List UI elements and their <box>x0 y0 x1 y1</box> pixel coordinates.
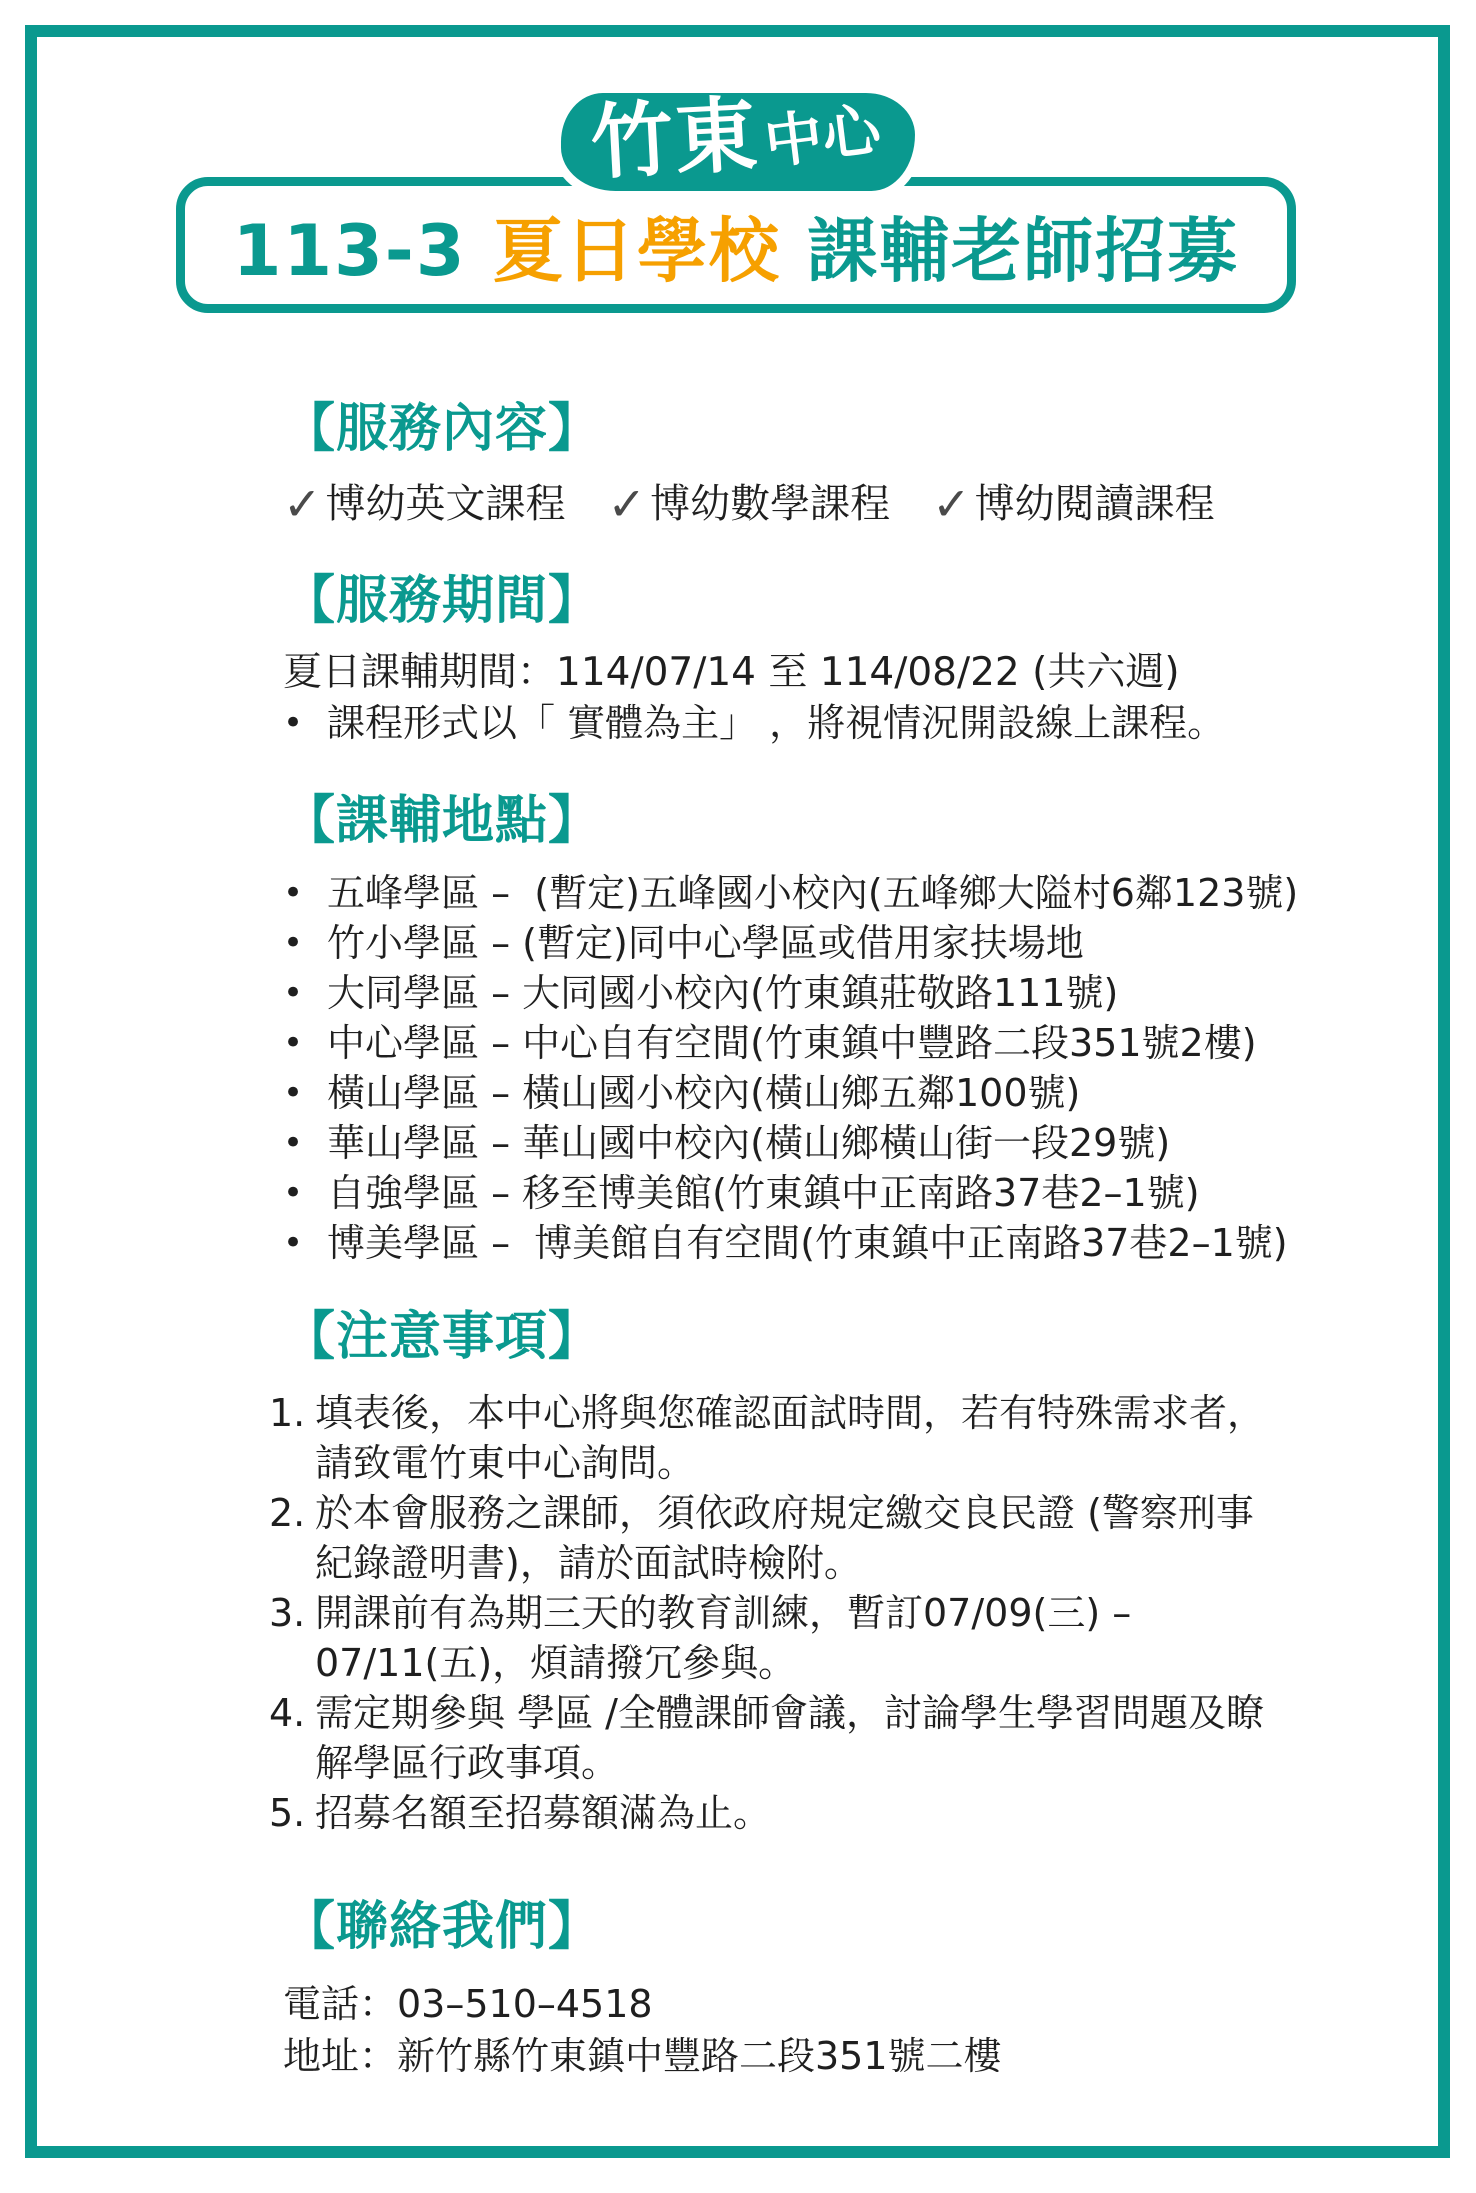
note-item: 3. 開課前有為期三天的教育訓練，暫訂07/09(三) – 07/11(五)，煩… <box>269 1588 1295 1688</box>
bullet-icon: • <box>283 868 327 918</box>
note-text: 招募名額至招募額滿為止。 <box>315 1788 1273 1838</box>
section-period: 【服務期間】 夏日課輔期間：114/07/14 至 114/08/22 (共六週… <box>283 572 1295 748</box>
center-badge: 竹東 中心 <box>552 84 924 200</box>
period-note-text: 課程形式以「 實體為主」 ，將視情況開設線上課程。 <box>327 698 1225 748</box>
note-item: 4. 需定期參與 學區 /全體課師會議，討論學生學習問題及瞭解學區行政事項。 <box>269 1688 1295 1788</box>
bullet-icon: • <box>283 1018 327 1068</box>
note-number: 2. <box>269 1488 315 1588</box>
location-item: •博美學區 – 博美館自有空間(竹東鎮中正南路37巷2–1號) <box>283 1218 1295 1268</box>
note-number: 5. <box>269 1788 315 1838</box>
note-item: 5. 招募名額至招募額滿為止。 <box>269 1788 1295 1838</box>
service-item-label: 博幼數學課程 <box>650 480 890 528</box>
location-item: •橫山學區 – 橫山國小校內(橫山鄉五鄰100號) <box>283 1068 1295 1118</box>
bullet-icon: • <box>283 1118 327 1168</box>
note-text: 開課前有為期三天的教育訓練，暫訂07/09(三) – 07/11(五)，煩請撥冗… <box>315 1588 1273 1688</box>
title-rest: 課輔老師招募 <box>781 210 1239 292</box>
section-locations: 【課輔地點】 •五峰學區 – (暫定)五峰國小校內(五峰鄉大隘村6鄰123號) … <box>283 792 1295 1268</box>
location-item: •五峰學區 – (暫定)五峰國小校內(五峰鄉大隘村6鄰123號) <box>283 868 1295 918</box>
period-dates: 夏日課輔期間：114/07/14 至 114/08/22 (共六週) <box>283 648 1295 698</box>
location-item-text: 中心學區 – 中心自有空間(竹東鎮中豐路二段351號2樓) <box>327 1018 1257 1068</box>
service-item: ✓ 博幼閱讀課程 <box>932 480 1215 528</box>
bullet-icon: • <box>283 1218 327 1268</box>
badge-main-text: 竹東 <box>589 95 761 186</box>
note-number: 3. <box>269 1588 315 1688</box>
note-text: 填表後，本中心將與您確認面試時間，若有特殊需求者，請致電竹東中心詢問。 <box>315 1388 1273 1488</box>
section-contact-heading: 【聯絡我們】 <box>283 1898 1295 1956</box>
bullet-icon: • <box>283 698 327 748</box>
service-item: ✓ 博幼英文課程 <box>283 480 566 528</box>
bullet-icon: • <box>283 1068 327 1118</box>
title-code: 113-3 <box>233 210 493 292</box>
location-item-text: 竹小學區 – (暫定)同中心學區或借用家扶場地 <box>327 918 1084 968</box>
service-item-label: 博幼閱讀課程 <box>975 480 1215 528</box>
location-item-text: 橫山學區 – 橫山國小校內(橫山鄉五鄰100號) <box>327 1068 1080 1118</box>
note-number: 4. <box>269 1688 315 1788</box>
notes-list: 1. 填表後，本中心將與您確認面試時間，若有特殊需求者，請致電竹東中心詢問。 2… <box>269 1388 1295 1838</box>
note-item: 1. 填表後，本中心將與您確認面試時間，若有特殊需求者，請致電竹東中心詢問。 <box>269 1388 1295 1488</box>
bullet-icon: • <box>283 1168 327 1218</box>
bullet-icon: • <box>283 968 327 1018</box>
note-text: 於本會服務之課師，須依政府規定繳交良民證 (警察刑事紀錄證明書)，請於面試時檢附… <box>315 1488 1273 1588</box>
section-locations-heading: 【課輔地點】 <box>283 792 1295 850</box>
note-text: 需定期參與 學區 /全體課師會議，討論學生學習問題及瞭解學區行政事項。 <box>315 1688 1273 1788</box>
section-service: 【服務內容】 ✓ 博幼英文課程 ✓ 博幼數學課程 ✓ 博幼閱讀課程 <box>283 400 1295 528</box>
title-highlight: 夏日學校 <box>493 210 781 292</box>
service-item: ✓ 博幼數學課程 <box>608 480 891 528</box>
check-icon: ✓ <box>608 480 647 528</box>
service-items: ✓ 博幼英文課程 ✓ 博幼數學課程 ✓ 博幼閱讀課程 <box>283 480 1295 528</box>
section-contact: 【聯絡我們】 電話：03–510–4518 地址：新竹縣竹東鎮中豐路二段351號… <box>283 1898 1295 2082</box>
location-item-text: 華山學區 – 華山國中校內(橫山鄉橫山街一段29號) <box>327 1118 1170 1168</box>
note-number: 1. <box>269 1388 315 1488</box>
location-item-text: 自強學區 – 移至博美館(竹東鎮中正南路37巷2–1號) <box>327 1168 1200 1218</box>
badge-sub-text: 中心 <box>761 100 883 172</box>
location-item-text: 大同學區 – 大同國小校內(竹東鎮莊敬路111號) <box>327 968 1118 1018</box>
section-period-heading: 【服務期間】 <box>283 572 1295 630</box>
check-icon: ✓ <box>283 480 322 528</box>
section-notes-heading: 【注意事項】 <box>283 1308 1295 1366</box>
service-item-label: 博幼英文課程 <box>326 480 566 528</box>
location-item: •竹小學區 – (暫定)同中心學區或借用家扶場地 <box>283 918 1295 968</box>
location-item: •中心學區 – 中心自有空間(竹東鎮中豐路二段351號2樓) <box>283 1018 1295 1068</box>
location-item: •華山學區 – 華山國中校內(橫山鄉橫山街一段29號) <box>283 1118 1295 1168</box>
poster-page: 竹東 中心 113-3 夏日學校 課輔老師招募 【服務內容】 ✓ 博幼英文課程 … <box>0 0 1476 2193</box>
location-item: •自強學區 – 移至博美館(竹東鎮中正南路37巷2–1號) <box>283 1168 1295 1218</box>
location-list: •五峰學區 – (暫定)五峰國小校內(五峰鄉大隘村6鄰123號) •竹小學區 –… <box>283 868 1295 1268</box>
page-title: 113-3 夏日學校 課輔老師招募 <box>233 195 1240 296</box>
period-note: • 課程形式以「 實體為主」 ，將視情況開設線上課程。 <box>283 698 1295 748</box>
note-item: 2. 於本會服務之課師，須依政府規定繳交良民證 (警察刑事紀錄證明書)，請於面試… <box>269 1488 1295 1588</box>
section-service-heading: 【服務內容】 <box>283 400 1295 458</box>
contact-address: 地址：新竹縣竹東鎮中豐路二段351號二樓 <box>283 2030 1295 2082</box>
bullet-icon: • <box>283 918 327 968</box>
contact-phone: 電話：03–510–4518 <box>283 1978 1295 2030</box>
check-icon: ✓ <box>932 480 971 528</box>
location-item-text: 博美學區 – 博美館自有空間(竹東鎮中正南路37巷2–1號) <box>327 1218 1288 1268</box>
location-item: •大同學區 – 大同國小校內(竹東鎮莊敬路111號) <box>283 968 1295 1018</box>
location-item-text: 五峰學區 – (暫定)五峰國小校內(五峰鄉大隘村6鄰123號) <box>327 868 1298 918</box>
section-notes: 【注意事項】 1. 填表後，本中心將與您確認面試時間，若有特殊需求者，請致電竹東… <box>283 1308 1295 1838</box>
